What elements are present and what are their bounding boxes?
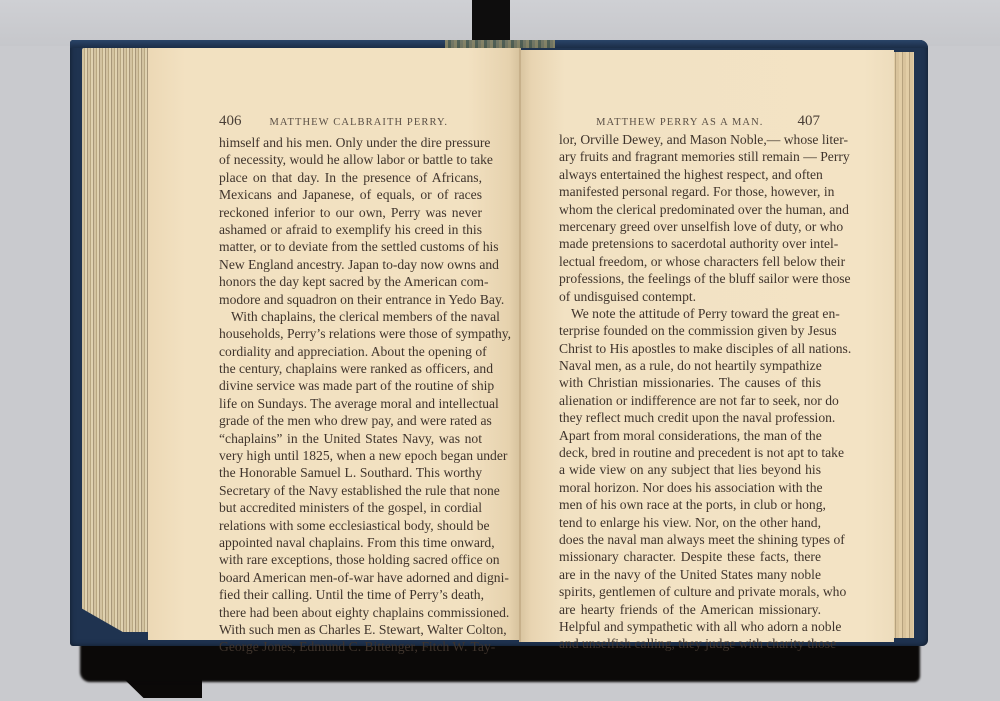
right-page-text: lor, Orville Dewey, and Mason Noble,— wh… <box>559 131 821 653</box>
text-line: We note the attitude of Perry toward the… <box>559 305 821 322</box>
text-line: professions, the feelings of the bluff s… <box>559 270 821 287</box>
text-line: Apart from moral considerations, the man… <box>559 427 821 444</box>
text-line: Secretary of the Navy established the ru… <box>219 482 482 499</box>
text-line: with Christian missionaries. The causes … <box>559 374 821 391</box>
text-line: households, Perry’s relations were those… <box>219 325 482 342</box>
text-line: does the naval man always meet the shini… <box>559 531 821 548</box>
headband <box>445 40 555 48</box>
text-line: terprise founded on the commission given… <box>559 322 821 339</box>
text-line: with rare exceptions, those holding sacr… <box>219 551 482 568</box>
text-line: moral horizon. Nor does his association … <box>559 479 821 496</box>
text-line: manifested personal regard. For those, h… <box>559 183 821 200</box>
text-line: they reflect much credit upon the naval … <box>559 409 821 426</box>
text-line: always entertained the highest respect, … <box>559 166 821 183</box>
left-page-text: himself and his men. Only under the dire… <box>219 134 482 656</box>
text-line: cordiality and appreciation. About the o… <box>219 343 482 360</box>
text-line: tend to enlarge his view. Nor, on the ot… <box>559 514 821 531</box>
text-line: Naval men, as a rule, do not heartily sy… <box>559 357 821 374</box>
page-edges-left <box>82 48 150 632</box>
text-line: alienation or indifference are not far t… <box>559 392 821 409</box>
text-line: but accredited ministers of the gospel, … <box>219 499 482 516</box>
running-head-title-right: MATTHEW PERRY AS A MAN. <box>596 117 763 128</box>
text-line: the century, chaplains were ranked as of… <box>219 360 482 377</box>
text-line: honors the day kept sacred by the Americ… <box>219 273 482 290</box>
text-line: there had been about eighty chaplains co… <box>219 604 482 621</box>
text-line: are in the navy of the United States man… <box>559 566 821 583</box>
text-line: missionary character. Despite these fact… <box>559 548 821 565</box>
text-line: appointed naval chaplains. From this tim… <box>219 534 482 551</box>
text-line: ary fruits and fragrant memories still r… <box>559 148 821 165</box>
text-line: George Jones, Edmund C. Bittenger, Fitch… <box>219 638 482 655</box>
text-line: ashamed or afraid to exemplify his creed… <box>219 221 482 238</box>
text-line: relations with some ecclesiastical body,… <box>219 517 482 534</box>
text-line: are hearty friends of the American missi… <box>559 601 821 618</box>
text-line: Helpful and sympathetic with all who ado… <box>559 618 821 635</box>
page-number-right: 407 <box>798 113 821 130</box>
text-line: With such men as Charles E. Stewart, Wal… <box>219 621 482 638</box>
text-line: himself and his men. Only under the dire… <box>219 134 482 151</box>
text-line: Mexicans and Japanese, of equals, or of … <box>219 186 482 203</box>
text-line: With chaplains, the clerical members of … <box>219 308 482 325</box>
text-line: matter, or to deviate from the settled c… <box>219 238 482 255</box>
page-edges-right <box>892 52 914 638</box>
text-line: “chaplains” in the United States Navy, w… <box>219 430 482 447</box>
text-line: very high until 1825, when a new epoch b… <box>219 447 482 464</box>
text-line: made pretensions to sacerdotal authority… <box>559 235 821 252</box>
text-line: fied their calling. Until the time of Pe… <box>219 586 482 603</box>
text-line: board American men-of-war have adorned a… <box>219 569 482 586</box>
text-line: of undisguised contempt. <box>559 288 821 305</box>
text-line: life on Sundays. The average moral and i… <box>219 395 482 412</box>
text-line: modore and squadron on their entrance in… <box>219 291 482 308</box>
text-line: place on that day. In the presence of Af… <box>219 169 482 186</box>
gutter <box>519 48 521 642</box>
text-line: and unselfish calling, they judge with c… <box>559 635 821 652</box>
text-line: mercenary greed over unselfish love of d… <box>559 218 821 235</box>
text-line: lectual freedom, or whose characters fel… <box>559 253 821 270</box>
text-line: New England ancestry. Japan to-day now o… <box>219 256 482 273</box>
text-line: spirits, gentlemen of culture and privat… <box>559 583 821 600</box>
text-line: the Honorable Samuel L. Southard. This w… <box>219 464 482 481</box>
text-line: of necessity, would he allow labor or ba… <box>219 151 482 168</box>
text-line: divine service was made part of the rout… <box>219 377 482 394</box>
page-number-left: 406 <box>219 113 242 130</box>
text-line: men of his own race at the ports, in clu… <box>559 496 821 513</box>
text-line: a wide view on any subject that lies bey… <box>559 461 821 478</box>
text-line: deck, bred in routine and precedent is n… <box>559 444 821 461</box>
text-line: Christ to His apostles to make disciples… <box>559 340 821 357</box>
text-line: reckoned inferior to our own, Perry was … <box>219 204 482 221</box>
text-line: lor, Orville Dewey, and Mason Noble,— wh… <box>559 131 821 148</box>
text-line: grade of the men who drew pay, and were … <box>219 412 482 429</box>
left-running-head: 406 MATTHEW CALBRAITH PERRY. <box>219 113 483 131</box>
running-head-title-left: MATTHEW CALBRAITH PERRY. <box>270 117 449 128</box>
right-running-head: MATTHEW PERRY AS A MAN. 407 <box>560 113 820 131</box>
text-line: whom the clerical predominated over the … <box>559 201 821 218</box>
